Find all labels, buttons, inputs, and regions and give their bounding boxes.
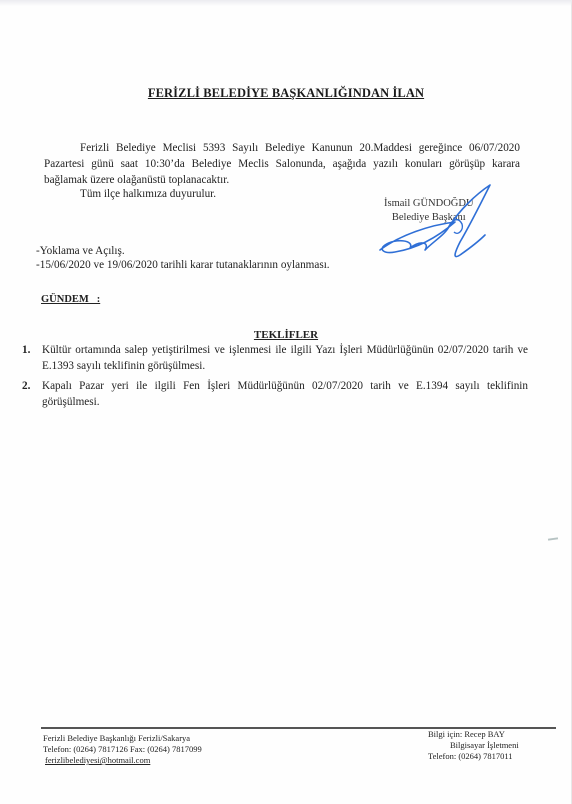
document-title: FERİZLİ BELEDİYE BAŞKANLIĞINDAN İLAN <box>0 86 572 101</box>
proposals-heading: TEKLİFLER <box>0 329 572 341</box>
scan-edge-shadow <box>0 0 572 6</box>
footer-contact-right: Bilgi için: Recep BAY Bilgisayar İşletme… <box>428 729 519 762</box>
document-page: FERİZLİ BELEDİYE BAŞKANLIĞINDAN İLAN Fer… <box>0 0 572 804</box>
footer-info-contact: Bilgi için: Recep BAY <box>428 729 519 740</box>
agenda-heading: GÜNDEM : <box>41 294 100 305</box>
opening-item: -15/06/2020 ve 19/06/2020 tarihli karar … <box>36 258 330 272</box>
proposal-text: Kültür ortamında salep yetiştirilmesi ve… <box>42 342 528 374</box>
footer-contact-left: Ferizli Belediye Başkanlığı Ferizli/Saka… <box>43 733 202 766</box>
proposal-text: Kapalı Pazar yeri ile ilgili Fen İşleri … <box>42 378 528 410</box>
proposal-number: 2. <box>22 378 42 410</box>
footer-info-phone: Telefon: (0264) 7817011 <box>428 751 519 762</box>
signatory-title: Belediye Başkanı <box>384 211 474 225</box>
opening-items-list: -Yoklama ve Açılış. -15/06/2020 ve 19/06… <box>36 244 330 272</box>
footer-info-role: Bilgisayar İşletmeni <box>428 740 519 751</box>
proposal-item: 2. Kapalı Pazar yeri ile ilgili Fen İşle… <box>22 378 528 410</box>
signatory-block: İsmail GÜNDOĞDU Belediye Başkanı <box>384 197 474 225</box>
proposal-item: 1. Kültür ortamında salep yetiştirilmesi… <box>22 342 528 374</box>
scan-artifact <box>548 537 558 540</box>
meeting-notice-paragraph: Ferizli Belediye Meclisi 5393 Sayılı Bel… <box>44 140 520 188</box>
proposal-number: 1. <box>22 342 42 374</box>
public-announcement: Tüm ilçe halkımıza duyurulur. <box>80 188 216 200</box>
signatory-name: İsmail GÜNDOĞDU <box>384 197 474 211</box>
opening-item: -Yoklama ve Açılış. <box>36 244 330 258</box>
footer-email-link[interactable]: ferizlibelediyesi@hotmail.com <box>45 755 150 766</box>
footer-phone-fax: Telefon: (0264) 7817126 Fax: (0264) 7817… <box>43 744 202 755</box>
meeting-notice-text: Ferizli Belediye Meclisi 5393 Sayılı Bel… <box>44 142 520 186</box>
footer-address: Ferizli Belediye Başkanlığı Ferizli/Saka… <box>43 733 202 744</box>
